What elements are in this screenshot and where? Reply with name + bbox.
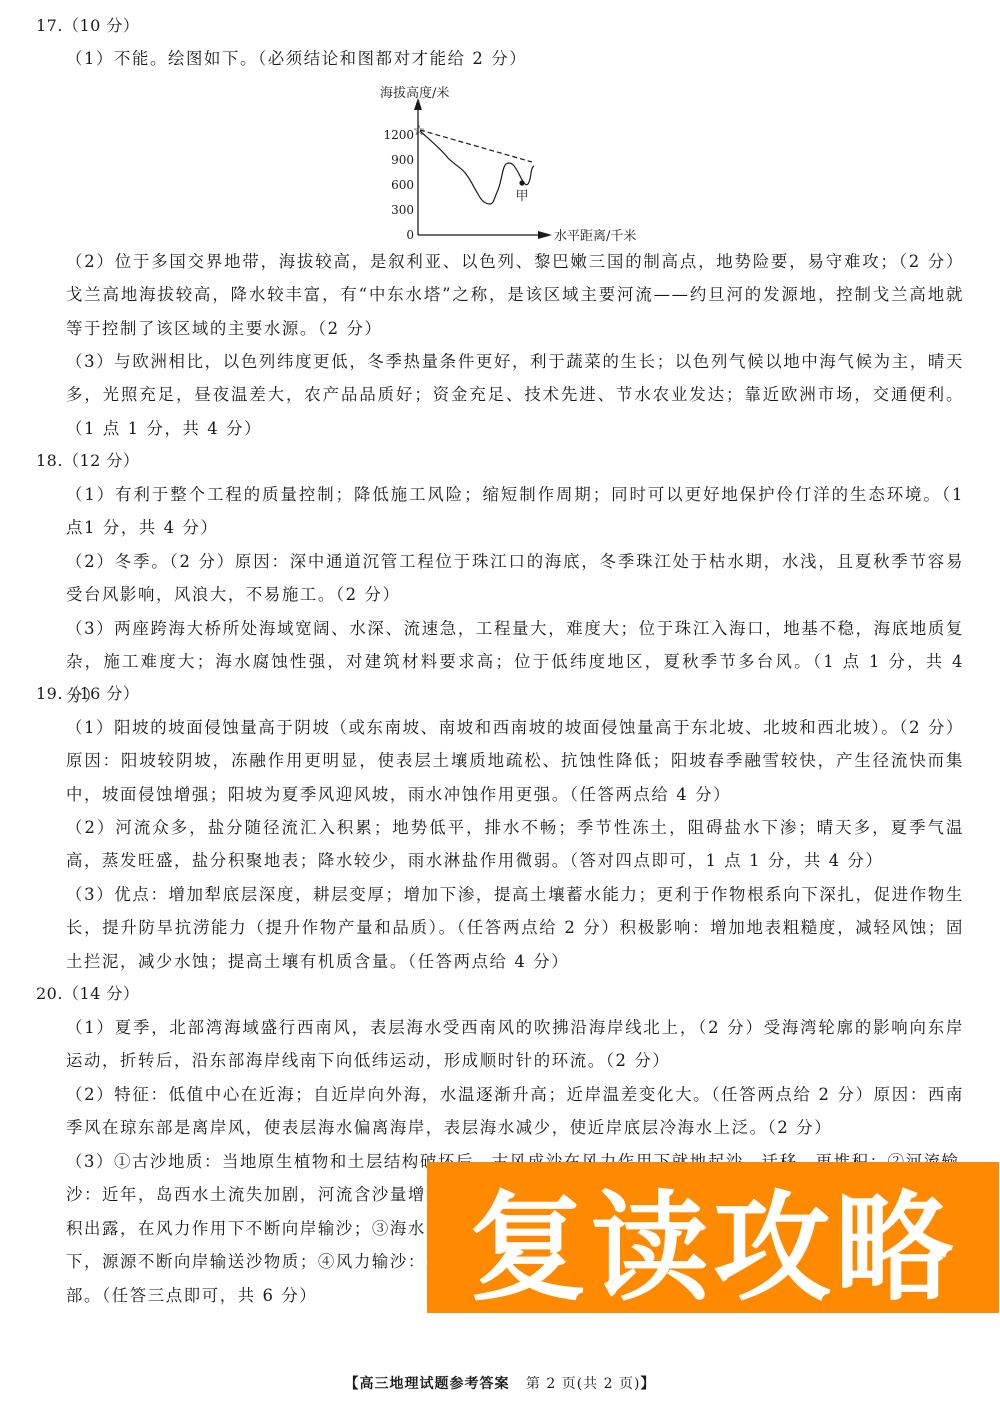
y-tick-0: 0 [406,228,414,242]
footer-page-number: 第 2 页(共 2 页) [526,1376,641,1392]
question-17-part-3: （3）与欧洲相比，以色列纬度更低，冬季热量条件更好，利于蔬菜的生长；以色列气候以… [66,345,964,445]
x-axis-arrow-icon [538,231,552,239]
observation-star-icon: ☆ [413,123,426,139]
point-jia-dot [519,180,524,185]
question-20-part-2: （2）特征：低值中心在近海；自近岸向外海，水温逐渐升高；近岸温差变化大。（任答两… [66,1078,964,1145]
y-tick-300: 300 [391,203,414,217]
elevation-profile-svg: 海拔高度/米 水平距离/千米 0 300 600 900 1200 ☆ 甲 [370,80,670,245]
question-18-header: 18.（12 分） [36,451,139,471]
question-19-header: 19.（16 分） [36,684,139,704]
footer-left-bracket: 【 [345,1376,360,1392]
question-18-part-2: （2）冬季。（2 分）原因：深中通道沉管工程位于珠江口的海底，冬季珠江处于枯水期… [66,545,964,612]
page-footer: 【高三地理试题参考答案 第 2 页(共 2 页)】 [0,1373,1000,1393]
answer-sheet-page: 17.（10 分） （1）不能。绘图如下。（必须结论和图都对才能给 2 分） 海… [0,0,1000,1407]
y-tick-600: 600 [391,178,414,192]
question-17-part-2: （2）位于多国交界地带，海拔较高，是叙利亚、以色列、黎巴嫩三国的制高点，地势险要… [66,245,964,345]
footer-title: 高三地理试题参考答案 [360,1376,510,1392]
question-18-part-3: （3）两座跨海大桥所处海域宽阔、水深、流速急，工程量大，难度大；位于珠江入海口，… [66,612,964,712]
question-20-header: 20.（14 分） [36,984,139,1004]
y-tick-900: 900 [391,153,414,167]
question-17-part-1: （1）不能。绘图如下。（必须结论和图都对才能给 2 分） [66,49,964,69]
point-jia-label: 甲 [515,189,528,204]
elevation-profile-chart: 海拔高度/米 水平距离/千米 0 300 600 900 1200 ☆ 甲 [370,80,670,245]
question-20-part-1: （1）夏季，北部湾海域盛行西南风，表层海水受西南风的吹拂沿海岸线北上，（2 分）… [66,1011,964,1078]
question-19-part-3: （3）优点：增加犁底层深度，耕层变厚；增加下渗，提高土壤蓄水能力；更利于作物根系… [66,878,964,978]
question-19-part-1: （1）阳坡的坡面侵蚀量高于阴坡（或东南坡、南坡和西南坡的坡面侵蚀量高于东北坡、北… [66,711,964,811]
y-axis-label: 海拔高度/米 [380,85,449,101]
x-axis-label: 水平距离/千米 [554,228,636,244]
footer-right-bracket: 】 [640,1376,655,1392]
watermark-banner: 复读攻略 [427,1162,999,1313]
question-19-part-2: （2）河流众多，盐分随径流汇入积累；地势低平，排水不畅；季节性冻土，阻碍盐水下渗… [66,811,964,878]
y-tick-1200: 1200 [383,128,414,142]
question-17-header: 17.（10 分） [36,16,139,36]
question-18-part-1: （1）有利于整个工程的质量控制；降低施工风险；缩短制作周期；同时可以更好地保护伶… [66,478,964,545]
